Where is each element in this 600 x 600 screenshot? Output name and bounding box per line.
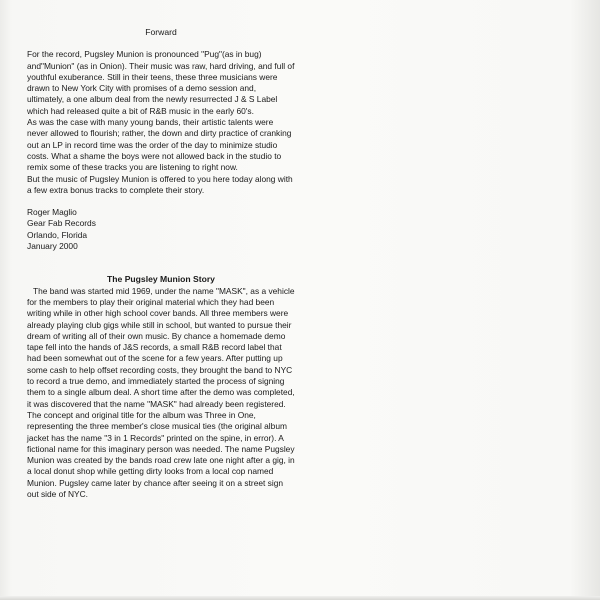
forward-paragraph-3: But the music of Pugsley Munion is offer… (27, 174, 295, 197)
story-paragraph: The band was started mid 1969, under the… (27, 286, 295, 501)
signature-date: January 2000 (27, 241, 295, 252)
right-page: The band put the two names together as a… (300, 0, 600, 600)
left-page: Forward For the record, Pugsley Munion i… (0, 0, 300, 600)
signature-location: Orlando, Florida (27, 230, 295, 241)
signature-company: Gear Fab Records (27, 218, 295, 229)
forward-paragraph-2: As was the case with many young bands, t… (27, 117, 295, 173)
forward-title: Forward (27, 27, 295, 38)
left-column: Forward For the record, Pugsley Munion i… (27, 27, 295, 500)
signature-name: Roger Maglio (27, 207, 295, 218)
page-bottom-edge (0, 596, 600, 600)
signature-block: Roger Maglio Gear Fab Records Orlando, F… (27, 207, 295, 252)
story-title: The Pugsley Munion Story (27, 274, 295, 285)
forward-paragraph-1: For the record, Pugsley Munion is pronou… (27, 49, 295, 117)
